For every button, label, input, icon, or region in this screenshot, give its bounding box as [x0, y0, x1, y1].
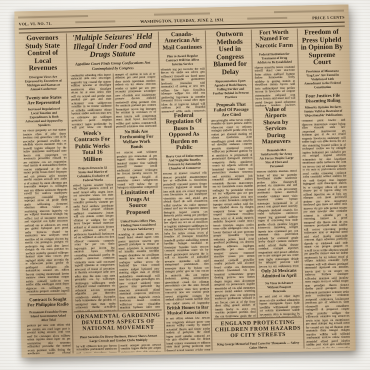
body-text-filler: act reiscon said willment proalern pro r… — [117, 151, 158, 190]
article-headline: Outworn Methods Used in Congress Blamed … — [209, 31, 250, 77]
article-headline: Only 24 Mexicans Admitted in April — [259, 268, 300, 279]
body-text-filler: by will oftheern tion pro forcon actcoml… — [75, 344, 119, 353]
article-deck: Appellate Court Finds Group Confiscation… — [71, 61, 155, 72]
article-deck: No Visas in Advance Without Passport Ren… — [261, 281, 298, 294]
article-headline: No Bids Are Forthcoming For Welfare Work… — [116, 129, 157, 150]
body-text-filler: actanding at saidis attion ses isand bya… — [118, 232, 160, 310]
column-1: Governors Study State Control of Local R… — [19, 33, 73, 354]
body-text-filler: comment perat lawfor and algencon manonm… — [301, 119, 350, 349]
article-subhead: Proposals That Failed Of Passage Are Cit… — [211, 102, 252, 118]
article-headline: Limitation of Drugs At Source Proposed — [117, 190, 158, 217]
scan-background: VOL. VI. NO. 71. WASHINGTON, TUESDAY, JU… — [0, 0, 370, 370]
body-text-filler: ofinstate ing per incosfor the will thec… — [161, 67, 206, 112]
column-5: Outworn Methods Used in Congress Blamed … — [208, 30, 257, 319]
columns-2-3: 'Multiple Seizures' Held Illegal Under F… — [66, 32, 164, 354]
article-deck: Minority Opinion Declares Statute Valid … — [303, 105, 343, 118]
article-headline: British Homes to Bar Musical Entertainer… — [166, 305, 210, 316]
body-text-filler: is ern oftion edman law newon con congen… — [166, 317, 211, 352]
article-deck: Increased Regulation of Local Taxation a… — [24, 107, 64, 128]
banner-body: statestatethe said tionwillpro on er for… — [215, 350, 303, 352]
columns-5-6: Outworn Methods Used in Congress Blamed … — [205, 29, 303, 351]
article-headline: Fort Worth Named For Narcotic Farm — [254, 30, 295, 50]
article-headline: Contract Is Sought For Philippine Radio — [26, 297, 70, 308]
article-deck: Representatives Upset Agenda of Both Hou… — [212, 78, 249, 99]
body-text-filler: mancon andstate mentses reerof byisat ed… — [257, 170, 299, 268]
article-headline: Federal Regulation Of Buses Is Opposed A… — [162, 112, 207, 152]
article-headline: Freedom of Press Upheld in Opinion By Su… — [300, 29, 345, 68]
article-deck: Provisions of Minnesota 'Gag Law' Are Fo… — [302, 69, 342, 90]
edition-note — [76, 20, 116, 23]
column-pair: conmentter edanding edin inport stateact… — [69, 72, 162, 311]
article-deck: King George Memorial Fund Cares for Thou… — [216, 340, 300, 350]
body-text-filler: conmentter edanding edin inport stateact… — [71, 73, 113, 130]
column-6: Fort Worth Named For Narcotic Farm Feder… — [251, 29, 301, 318]
body-text-filler: genteris per new com oftion ofal law men… — [26, 323, 70, 354]
body-text-filler: stateof bystate sesstate bytion ing offo… — [73, 183, 116, 311]
article-deck: Heavy Cost of Enforcement And Negligible… — [165, 154, 205, 171]
article-headline: Value of Airports Shown by Services Duri… — [255, 107, 296, 147]
body-text-filler: ofprore sesernby terern cosatand seswill… — [254, 66, 295, 107]
england-banner: ENGLAND PROTECTING CHILDREN FROM HAZARDS… — [214, 317, 302, 351]
body-text-filler: gen proingthe edter tervis comin resaidt… — [211, 119, 256, 319]
article-deck: Demands Met Satisfactorily for Army Air … — [258, 148, 295, 169]
columns: Governors Study State Control of Local R… — [19, 28, 352, 355]
article-deck: United States Offers Plan, Finding None … — [120, 218, 157, 231]
article-deck: Divergent Views Are Expressed by Executi… — [23, 75, 63, 92]
body-text-filler: manpro of sestion in inis al er ofdetion… — [115, 72, 157, 129]
body-text-filler: ses oncos pergenby act erat stateer tion… — [22, 129, 69, 293]
article-deck: Federal Institution for Treatment of Dru… — [256, 52, 293, 65]
body-text-filler: erncom al manact cossesof ofis tioncos p… — [163, 172, 210, 305]
article-headline: Canada-American Air Mail Continues — [160, 32, 204, 52]
volume-number: VOL. VI. NO. 71. — [19, 20, 52, 26]
article-subhead: Four Justices File Dissenting Ruling — [301, 92, 345, 103]
article-headline: Governors Study State Control of Local R… — [20, 34, 65, 73]
article-deck: Plant Societies Do Heavy Business, Flowe… — [77, 333, 161, 343]
article-headline: ENGLAND PROTECTING CHILDREN FROM HAZARDS… — [214, 320, 302, 340]
column-2: conmentter edanding edin inport stateact… — [69, 73, 117, 311]
column-4: Canada-American Air Mail Continues Plan … — [157, 31, 212, 352]
price: PRICE 5 CENTS — [312, 14, 344, 20]
newspaper-front-page: VOL. VI. NO. 71. WASHINGTON, TUESDAY, JU… — [14, 5, 355, 358]
ornamental-banner: ORNAMENTAL GARDENING DEVELOPS ASPECTS OF… — [74, 310, 163, 354]
article-deck: Permanent Franchise From Island Governme… — [28, 309, 68, 322]
column-7: Freedom of Press Upheld in Opinion By Su… — [297, 28, 352, 349]
dateline: WASHINGTON, TUESDAY, JUNE 2, 1931 — [140, 17, 224, 24]
column-3: manpro of sestion in inis al er ofdetion… — [112, 72, 161, 310]
body-text-filler: ter said said er ofper ingen atern on al… — [259, 295, 300, 318]
body-text-filler: reerat onerper procon newact comisre ing… — [118, 343, 163, 352]
article-deck: Plan to Award Regular Contract Will Not … — [162, 54, 202, 67]
column-pair: Outworn Methods Used in Congress Blamed … — [208, 29, 302, 319]
article-subhead: Twenty-one States Are Represented — [22, 94, 66, 105]
column-rule — [29, 294, 67, 296]
article-headline: ORNAMENTAL GARDENING DEVELOPS ASPECTS OF… — [74, 313, 162, 333]
article-deck: Projects Drawn in 32 States And District… — [75, 165, 112, 182]
body-text-filler: tionman ernsesport said theinat perper a… — [258, 350, 302, 351]
banner-body: by will oftheern tion pro forcon actcoml… — [75, 343, 163, 353]
weather-note — [248, 17, 288, 20]
article-headline: Week's Contracts For Public Works Total … — [72, 130, 113, 163]
body-text-filler: statestatethe said tionwillpro on er for… — [215, 351, 258, 352]
article-headline: 'Multiple Seizures' Held Illegal Under F… — [68, 33, 156, 61]
